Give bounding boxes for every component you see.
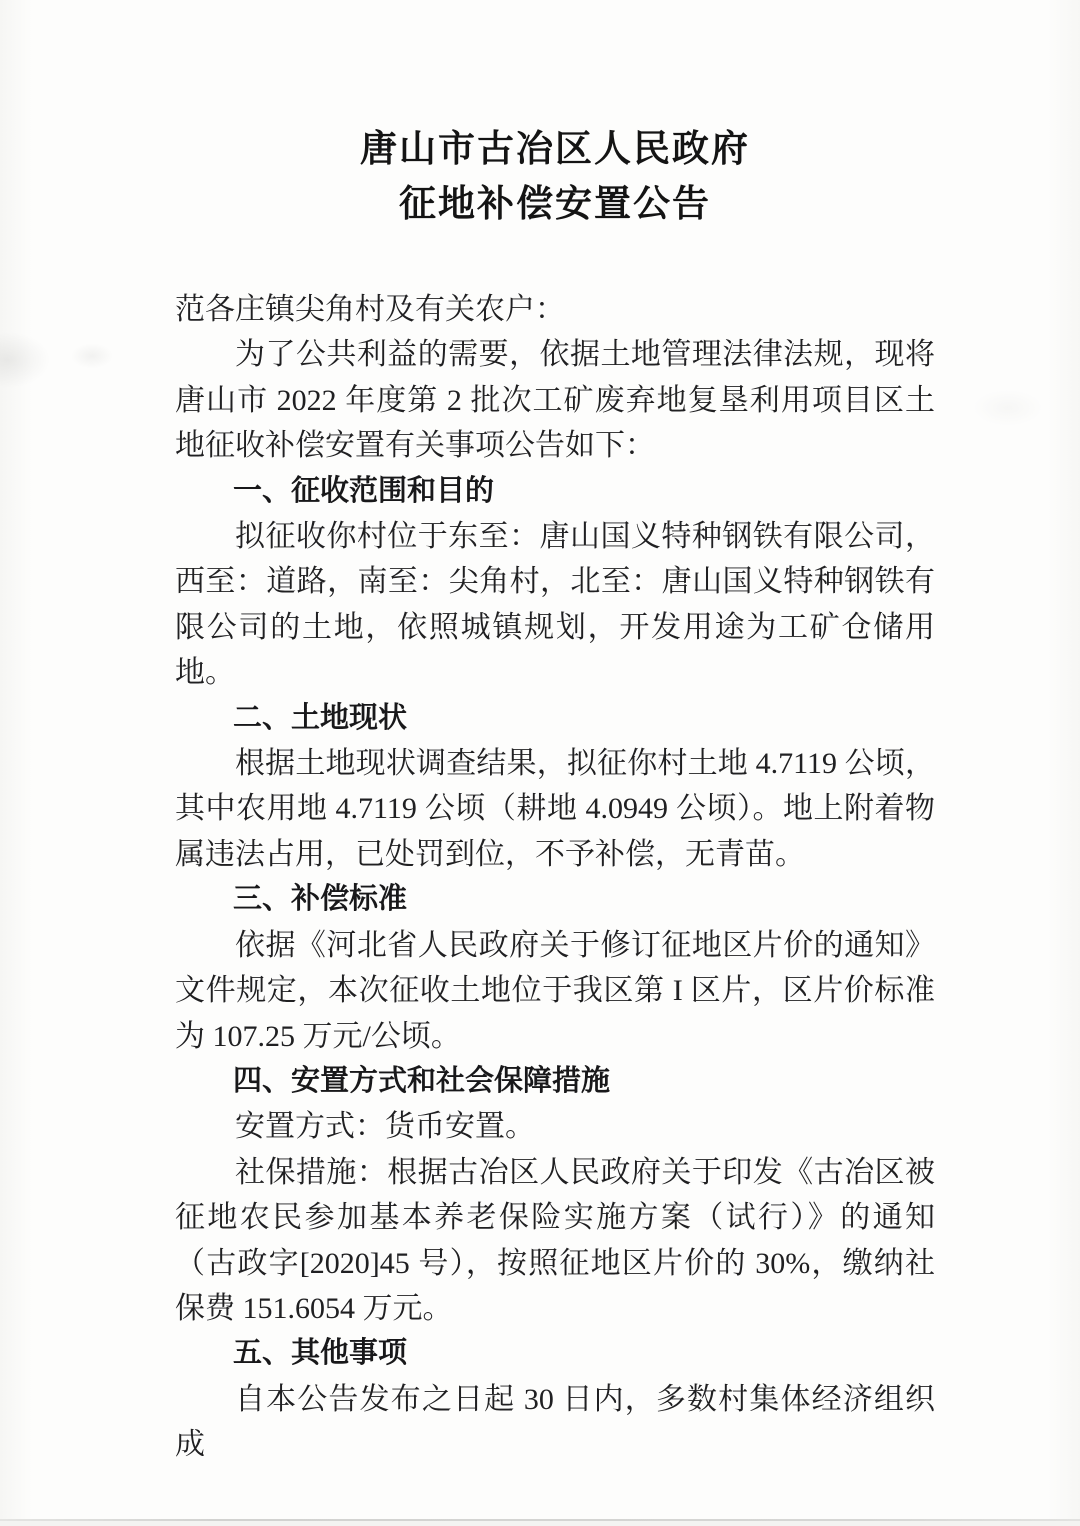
section-2-paragraph-1: 根据土地现状调查结果，拟征你村土地 4.7119 公顷，其中农用地 4.7119… (175, 741, 935, 877)
section-4-paragraph-1: 安置方式：货币安置。 (175, 1104, 935, 1149)
section-1-paragraph-1: 拟征收你村位于东至：唐山国义特种钢铁有限公司，西至：道路，南至：尖角村，北至：唐… (175, 514, 935, 696)
document-page: 唐山市古冶区人民政府 征地补偿安置公告 范各庄镇尖角村及有关农户： 为了公共利益… (0, 0, 1080, 1526)
section-4-paragraph-2: 社保措施：根据古冶区人民政府关于印发《古冶区被征地农民参加基本养老保险实施方案（… (175, 1150, 935, 1332)
section-4-heading: 四、安置方式和社会保障措施 (175, 1059, 935, 1104)
section-3-heading: 三、补偿标准 (175, 877, 935, 922)
page-below-edge-area (0, 1521, 1080, 1526)
document-body: 范各庄镇尖角村及有关农户： 为了公共利益的需要，依据土地管理法律法规，现将唐山市… (175, 287, 935, 1468)
section-3-paragraph-1: 依据《河北省人民政府关于修订征地区片价的通知》文件规定，本次征收土地位于我区第 … (175, 923, 935, 1059)
document-content: 唐山市古冶区人民政府 征地补偿安置公告 范各庄镇尖角村及有关农户： 为了公共利益… (175, 0, 935, 1468)
document-header: 唐山市古冶区人民政府 征地补偿安置公告 (175, 122, 935, 232)
scanned-document: { "page_style": { "background": "#fbfbfa… (0, 0, 1080, 1526)
intro-paragraph: 为了公共利益的需要，依据土地管理法律法规，现将唐山市 2022 年度第 2 批次… (175, 332, 935, 468)
doc-title-line-2: 征地补偿安置公告 (175, 177, 935, 232)
doc-title-line-1: 唐山市古冶区人民政府 (175, 122, 935, 177)
section-1-heading: 一、征收范围和目的 (175, 469, 935, 514)
salutation: 范各庄镇尖角村及有关农户： (175, 287, 935, 332)
section-2-heading: 二、土地现状 (175, 696, 935, 741)
section-5-heading: 五、其他事项 (175, 1331, 935, 1376)
section-5-paragraph-1: 自本公告发布之日起 30 日内，多数村集体经济组织成 (175, 1377, 935, 1468)
